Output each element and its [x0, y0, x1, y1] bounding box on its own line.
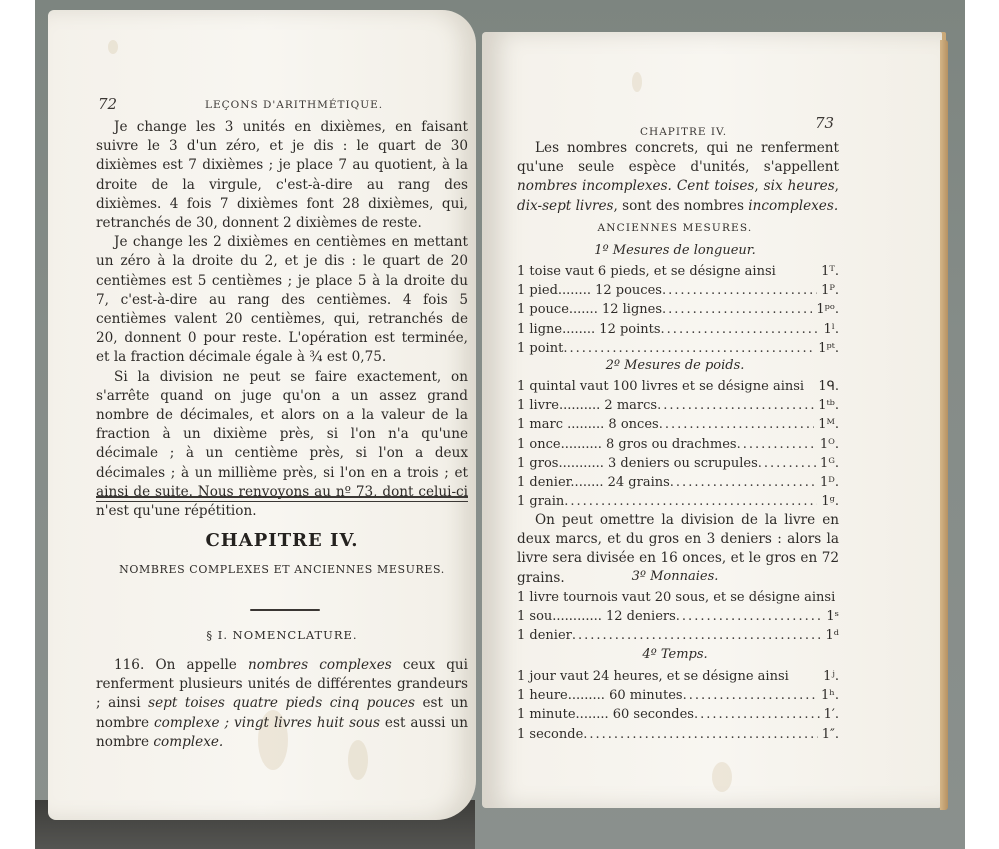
table-row: 1 sou............ 12 deniers............… — [517, 607, 839, 626]
measure-table-money: 1 livre tournois vaut 20 sous, et se dés… — [517, 588, 839, 646]
table-row: 1 quintal vaut 100 livres et se désigne … — [517, 377, 839, 396]
text-run: , sont des nombres — [613, 198, 748, 214]
table-row: 1 livre tournois vaut 20 sous, et se dés… — [517, 588, 839, 607]
italic-run: six heures — [764, 178, 835, 194]
table-row: 1 denier................................… — [517, 626, 839, 645]
chapter-subtitle: NOMBRES COMPLEXES ET ANCIENNES MESURES. — [96, 563, 468, 576]
section-title: § I. NOMENCLATURE. — [96, 628, 468, 642]
table-row: 1 jour vaut 24 heures, et se désigne ain… — [517, 667, 839, 686]
measure-table-length: 1 toise vaut 6 pieds, et se désigne ains… — [517, 262, 839, 358]
text-run: Les nombres concrets, qui ne renferment … — [517, 140, 839, 175]
italic-run: dix-sept livres — [517, 198, 613, 214]
section-head: ANCIENNES MESURES. — [510, 222, 840, 234]
measure-table-weight: 1 quintal vaut 100 livres et se désigne … — [517, 377, 839, 511]
group-title: 3º Monnaies. — [510, 569, 840, 584]
italic-run: incomplexes. — [748, 198, 838, 214]
page-number: 72 — [98, 95, 117, 113]
article-number: 116. — [114, 657, 144, 673]
italic-run: complexe. — [153, 734, 223, 750]
italic-run: complexe ; vingt livres huit sous — [154, 715, 380, 731]
group-title: 2º Mesures de poids. — [510, 358, 840, 373]
table-row: 1 pied........ 12 pouces................… — [517, 281, 839, 300]
table-row: 1 denier........ 24 grains..............… — [517, 473, 839, 492]
page-edge — [940, 40, 948, 810]
page-number: 73 — [815, 114, 834, 132]
table-row: 1 pouce....... 12 lignes................… — [517, 300, 839, 319]
table-row: 1 heure......... 60 minutes.............… — [517, 686, 839, 705]
text-run: On appelle — [144, 657, 248, 673]
article-text: 116. On appelle nombres complexes ceux q… — [96, 656, 468, 752]
table-row: 1 toise vaut 6 pieds, et se désigne ains… — [517, 262, 839, 281]
table-row: 1 grain.................................… — [517, 492, 839, 511]
italic-run: nombres complexes — [248, 657, 392, 673]
body-text: Je change les 3 unités en dixièmes, en f… — [96, 118, 468, 521]
running-head: CHAPITRE IV. — [640, 126, 727, 138]
text-run: , — [754, 178, 763, 194]
italic-run: Cent toises — [677, 178, 755, 194]
paragraph: Je change les 3 unités en dixièmes, en f… — [96, 118, 468, 233]
table-row: 1 point.................................… — [517, 339, 839, 358]
table-row: 1 seconde...............................… — [517, 725, 839, 744]
table-row: 1 marc ......... 8 onces................… — [517, 415, 839, 434]
table-row: 1 ligne........ 12 points...............… — [517, 320, 839, 339]
chapter-title: CHAPITRE IV. — [96, 530, 468, 551]
text-run: , — [835, 178, 839, 194]
paragraph: Je change les 2 dixièmes en centièmes en… — [96, 233, 468, 367]
intro-text: Les nombres concrets, qui ne renferment … — [517, 139, 839, 216]
measure-table-time: 1 jour vaut 24 heures, et se désigne ain… — [517, 667, 839, 744]
table-row: 1 minute........ 60 secondes............… — [517, 705, 839, 724]
group-title: 4º Temps. — [510, 647, 840, 662]
divider-rule — [96, 496, 468, 502]
table-row: 1 once.......... 8 gros ou drachmes.....… — [517, 435, 839, 454]
italic-run: nombres incomplexes. — [517, 178, 672, 194]
running-head: LEÇONS D'ARITHMÉTIQUE. — [205, 99, 383, 111]
italic-run: sept toises quatre pieds cinq pouces — [148, 695, 415, 711]
group-title: 1º Mesures de longueur. — [510, 243, 840, 258]
table-row: 1 gros........... 3 deniers ou scrupules… — [517, 454, 839, 473]
table-row: 1 livre.......... 2 marcs...............… — [517, 396, 839, 415]
ornament — [245, 596, 325, 602]
